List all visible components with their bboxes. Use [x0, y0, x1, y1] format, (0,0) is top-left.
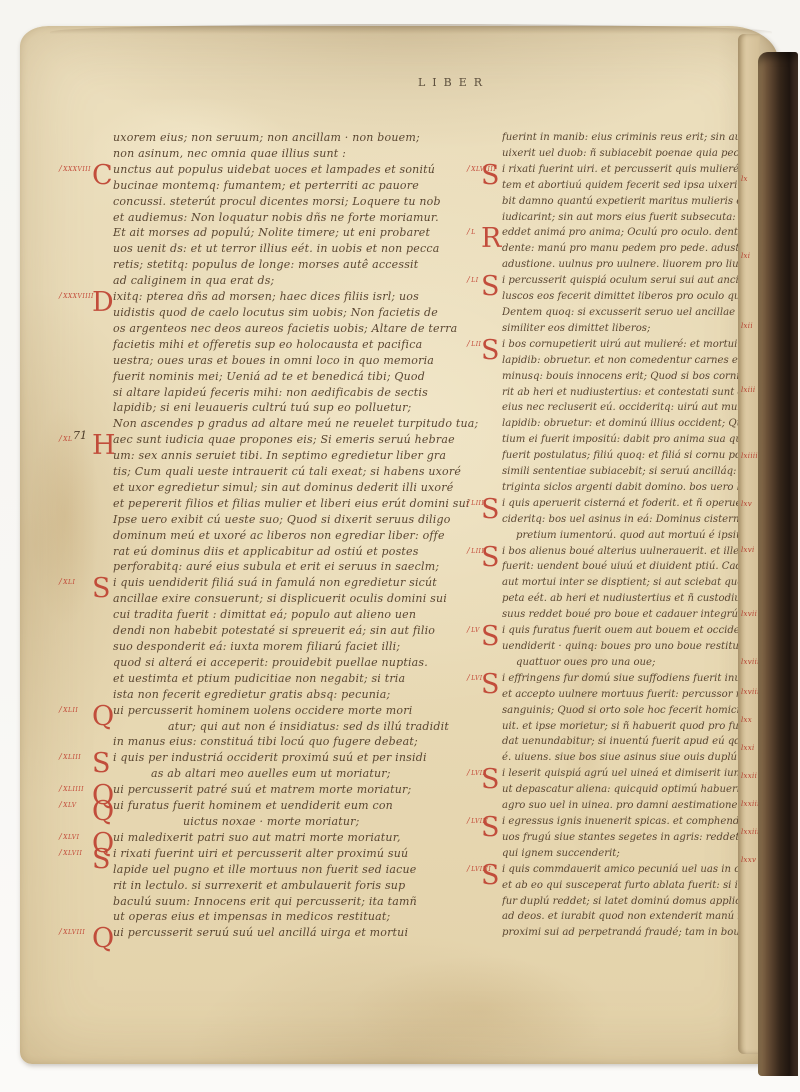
text-line: baculú suum: Innocens erit qui percusser…: [113, 894, 465, 910]
chapter-numeral: li: [467, 275, 479, 285]
text-line: concussi. steterút procul dicentes morsi…: [113, 194, 465, 210]
text-line: Ipse uero exibit cú ueste suo; Quod si d…: [113, 512, 465, 528]
text-line: dente: manú pro manu pedem pro pede. adu…: [502, 241, 778, 257]
text-line: uos uenit ds: et ut terror illius eét. i…: [113, 241, 465, 257]
text-line: eddet animá pro anima; Oculú pro oculo. …: [502, 225, 778, 241]
text-lines: i quis furatus fuerit ouem aut bouem et …: [502, 623, 778, 671]
text-line: dat uenundabitur; si inuentú fuerit apud…: [502, 734, 778, 750]
text-line: i egressus ignis inuenerit spicas. et co…: [502, 814, 778, 830]
edge-chapter-numeral: lxxi: [741, 744, 755, 752]
edge-chapter-numeral: lxiiii: [741, 452, 758, 460]
chapter-initial: S: [481, 336, 503, 366]
text-line: uendiderit · quinq: boues pro uno boue r…: [502, 639, 778, 655]
text-line: si altare lapideú feceris mihi: non aedi…: [113, 385, 465, 401]
edge-chapter-numeral: lxvi: [741, 546, 755, 554]
chapter-initial: S: [481, 272, 503, 302]
chapter-block: xl 71 H aec sunt iudicia quae propones e…: [113, 432, 465, 575]
text-lines: ui furatus fuerit hominem et uendiderit …: [113, 798, 465, 830]
edge-chapter-numeral: lxxiii: [741, 800, 760, 808]
chapter-initial: S: [481, 495, 503, 525]
text-line: retis; stetitq: populus de longe: morses…: [113, 257, 465, 273]
text-line: suo desponderit eá: iuxta morem filiarú …: [113, 639, 465, 655]
edge-chapter-numeral: lxxv: [741, 856, 756, 864]
chapter-block: xlvii S i rixati fuerint uiri et percuss…: [113, 846, 465, 926]
text-line: rat eú dominus diis et applicabitur ad o…: [113, 544, 465, 560]
text-line: rit ab heri et nudiustertius: et contest…: [502, 385, 778, 401]
chapter-initial: S: [481, 765, 503, 795]
chapter-block: lii S i bos cornupetierit uirú aut mulie…: [502, 337, 778, 496]
text-line: triginta siclos argenti dabit domino. bo…: [502, 480, 778, 496]
text-lines: aec sunt iudicia quae propones eis; Si e…: [113, 432, 465, 575]
text-line: tis; Cum quali ueste intrauerit cú tali …: [113, 464, 465, 480]
text-line: uestra; oues uras et boues in omni loco …: [113, 353, 465, 369]
text-lines: i bos cornupetierit uirú aut mulieré: et…: [502, 337, 778, 496]
text-line: uit. et ipse morietur; si ñ habuerit quo…: [502, 719, 778, 735]
chapter-numeral: xli: [59, 577, 75, 587]
text-line: adustione. uulnus pro uulnere. liuorem p…: [502, 257, 778, 273]
text-line: fuerint in manib: eius criminis reus eri…: [502, 130, 778, 146]
text-line: ut depascatur aliena: quicquid optimú ha…: [502, 782, 778, 798]
chapter-initial: Q: [92, 797, 114, 827]
text-line: ista non fecerit egredietur gratis absq:…: [113, 687, 465, 703]
chapter-initial: S: [92, 749, 114, 779]
text-line: bucinae montemq: fumantem; et perterriti…: [113, 178, 465, 194]
chapter-numeral: lv: [467, 625, 480, 635]
text-line: et accepto uulnere mortuus fuerit: percu…: [502, 687, 778, 703]
text-lines: ixitq: pterea dñs ad morsen; haec dices …: [113, 289, 465, 432]
chapter-block: uxorem eius; non seruum; non ancillam · …: [113, 130, 465, 162]
chapter-block: xlvi Q ui maledixerit patri suo aut matr…: [113, 830, 465, 846]
text-line: eius nec recluserit eú. occideritq: uirú…: [502, 400, 778, 416]
text-line: agro suo uel in uinea. pro damni aestima…: [502, 798, 778, 814]
text-lines: i effringens fur domú siue suffodiens fu…: [502, 671, 778, 766]
text-line: i quis uendiderit filiá suá in famulá no…: [113, 575, 465, 591]
manuscript-page: LIBER uxorem eius; non seruum; non ancil…: [20, 26, 778, 1064]
edge-chapter-numeral: lxx: [741, 716, 752, 724]
text-line: proximi sui ad perpetrandá fraudé; tam i…: [502, 925, 778, 941]
chapter-block: lv S 77 i quis furatus fuerit ouem aut b…: [502, 623, 778, 671]
text-lines: i quis commdauerit amico pecuniá uel uas…: [502, 862, 778, 942]
text-line: ui furatus fuerit hominem et uendiderit …: [113, 798, 465, 814]
text-line: i quis per industriá occiderit proximú s…: [113, 750, 465, 766]
text-line: fuerit: uendent boué uiuú et diuident pt…: [502, 559, 778, 575]
text-line: Dentem quoq: si excusserit seruo uel anc…: [502, 305, 778, 321]
text-line: uidistis quod de caelo locutus sim uobis…: [113, 305, 465, 321]
text-line: minusq: bouis innocens erit; Quod si bos…: [502, 369, 778, 385]
text-line: peta eét. ab heri et nudiustertius et ñ …: [502, 591, 778, 607]
text-lines: ui maledixerit patri suo aut matri morte…: [113, 830, 465, 846]
text-line: tium ei fuerit impositú: dabit pro anima…: [502, 432, 778, 448]
text-line: i leserit quispiá agrú uel uineá et dimi…: [502, 766, 778, 782]
running-title: LIBER: [418, 76, 489, 89]
text-line: et uxor egredietur simul; sin aut dominu…: [113, 480, 465, 496]
text-line: facietis mihi et offeretis sup eo holoca…: [113, 337, 465, 353]
chapter-block: liiii S i bos alienus boué alterius uuln…: [502, 544, 778, 624]
text-column-left: uxorem eius; non seruum; non ancillam · …: [113, 130, 465, 941]
chapter-numeral: xliiii: [59, 784, 84, 794]
chapter-block: lviiii S i quis commdauerit amico pecuni…: [502, 862, 778, 942]
text-line: ui maledixerit patri suo aut matri morte…: [113, 830, 465, 846]
chapter-block: lvi S i effringens fur domú siue suffodi…: [502, 671, 778, 766]
chapter-block: lviii S i egressus ignis inuenerit spica…: [502, 814, 778, 862]
next-folio-edge: lxlxilxiilxiiilxiiiilxvlxvilxviilxviiilx…: [738, 34, 760, 1054]
text-line: ui percusserit hominem uolens occidere m…: [113, 703, 465, 719]
edge-chapter-numeral: lxv: [741, 500, 752, 508]
text-line: i bos alienus boué alterius uulnerauerit…: [502, 544, 778, 560]
text-lines: i quis per industriá occiderit proximú s…: [113, 750, 465, 782]
chapter-numeral: l: [467, 227, 476, 237]
text-line: ixitq: pterea dñs ad morsen; haec dices …: [113, 289, 465, 305]
text-line: atur; qui aut non é insidiatus: sed ds i…: [168, 719, 465, 735]
chapter-numeral: xl: [59, 434, 72, 444]
chapter-numeral: lii: [467, 339, 481, 349]
text-line: as ab altari meo auelles eum ut moriatur…: [151, 766, 465, 782]
text-line: et pepererit filios et filias mulier et …: [113, 496, 465, 512]
chapter-initial: S: [92, 845, 114, 875]
text-lines: i percusserit quispiá oculum serui sui a…: [502, 273, 778, 337]
text-line: ui percusserit patré suú et matrem morte…: [113, 782, 465, 798]
chapter-initial: C: [92, 161, 114, 191]
text-line: é. uiuens. siue bos siue asinus siue oui…: [502, 750, 778, 766]
text-line: um: sex annis seruiet tibi. In septimo e…: [113, 448, 465, 464]
edge-chapter-numeral: lxxii: [741, 772, 757, 780]
text-line: bit damno quantú expetierit maritus muli…: [502, 194, 778, 210]
chapter-initial: S: [481, 161, 503, 191]
text-line: lapide uel pugno et ille mortuus non fue…: [113, 862, 465, 878]
chapter-numeral: xlviii: [59, 927, 85, 937]
text-line: iudicarint; sin aut mors eius fuerit sub…: [502, 210, 778, 226]
text-lines: i rixati fuerint uiri. et percusserit qu…: [502, 162, 778, 226]
edge-chapter-numeral: lx: [741, 175, 748, 183]
text-line: i percusserit quispiá oculum serui sui a…: [502, 273, 778, 289]
text-line: ui percusserit seruú suú uel ancillá uir…: [113, 925, 465, 941]
chapter-block: xxxviiii D ixitq: pterea dñs ad morsen; …: [113, 289, 465, 432]
edge-chapter-numeral: lxiii: [741, 386, 755, 394]
chapter-initial: D: [92, 288, 114, 318]
edge-chapter-numeral: lxii: [741, 322, 753, 330]
chapter-initial: Q: [92, 924, 114, 954]
chapter-numeral: xxxviiii: [59, 291, 94, 301]
text-line: suus reddet boué pro boue et cadauer int…: [502, 607, 778, 623]
chapter-block: xxxviii C unctus aut populus uidebat uoc…: [113, 162, 465, 289]
text-lines: i quis uendiderit filiá suá in famulá no…: [113, 575, 465, 702]
text-line: fur duplú reddet; si latet dominú domus …: [502, 894, 778, 910]
text-line: i bos cornupetierit uirú aut mulieré: et…: [502, 337, 778, 353]
text-line: i quis aperuerit cisterná et foderit. et…: [502, 496, 778, 512]
chapter-numeral: xlii: [59, 705, 78, 715]
text-lines: i leserit quispiá agrú uel uineá et dimi…: [502, 766, 778, 814]
text-line: in manus eius: constituá tibi locú quo f…: [113, 734, 465, 750]
text-line: fuerit nominis mei; Ueniá ad te et bened…: [113, 369, 465, 385]
text-lines: unctus aut populus uidebat uoces et lamp…: [113, 162, 465, 289]
parchment-stain: [350, 956, 610, 1066]
chapter-numeral: xlv: [59, 800, 77, 810]
text-lines: fuerint in manib: eius criminis reus eri…: [502, 130, 778, 162]
binding-shadow: [758, 52, 798, 1076]
text-line: et audiemus: Non loquatur nobis dñs ne f…: [113, 210, 465, 226]
chapter-initial: S: [92, 574, 114, 604]
chapter-block: xlii Q ui percusserit hominem uolens occ…: [113, 703, 465, 751]
text-line: luscos eos fecerit dimittet liberos pro …: [502, 289, 778, 305]
chapter-block: xli S i quis uendiderit filiá suá in fam…: [113, 575, 465, 702]
chapter-block: xlviiii S i rixati fuerint uiri. et perc…: [502, 162, 778, 226]
text-line: fuerit postulatus; filiú quoq: et filiá …: [502, 448, 778, 464]
chapter-initial: S: [481, 813, 503, 843]
text-line: cideritq: bos uel asinus in eá: Dominus …: [502, 512, 778, 528]
text-line: dominum meú et uxoré ac liberos non egre…: [113, 528, 465, 544]
chapter-block: xlviii Q ui percusserit seruú suú uel an…: [113, 925, 465, 941]
text-line: uixerit uel duob: ñ subiacebit poenae qu…: [502, 146, 778, 162]
text-line: unctus aut populus uidebat uoces et lamp…: [113, 162, 465, 178]
text-line: ad deos. et iurabit quod non extenderit …: [502, 909, 778, 925]
text-lines: i quis aperuerit cisterná et foderit. et…: [502, 496, 778, 544]
text-lines: ui percusserit patré suú et matrem morte…: [113, 782, 465, 798]
text-line: i effringens fur domú siue suffodiens fu…: [502, 671, 778, 687]
text-lines: i egressus ignis inuenerit spicas. et co…: [502, 814, 778, 862]
text-line: Non ascendes p gradus ad altare meú ne r…: [113, 416, 465, 432]
text-line: i quis furatus fuerit ouem aut bouem et …: [502, 623, 778, 639]
text-lines: i bos alienus boué alterius uulnerauerit…: [502, 544, 778, 624]
text-line: sanguinis; Quod si orto sole hoc fecerit…: [502, 703, 778, 719]
text-line: non asinum, nec omnia quae illius sunt :: [113, 146, 465, 162]
quire-mark: 71: [73, 429, 87, 442]
chapter-block: xliii S i quis per industriá occiderit p…: [113, 750, 465, 782]
chapter-initial: S: [481, 543, 503, 573]
text-line: Et ait morses ad populú; Nolite timere; …: [113, 225, 465, 241]
text-line: lapidib: obruetur. et non comedentur car…: [502, 353, 778, 369]
text-line: i rixati fuerint uiri. et percusserit qu…: [502, 162, 778, 178]
text-line: et uestimta et ptium pudicitiae non nega…: [113, 671, 465, 687]
text-line: similiter eos dimittet liberos;: [502, 321, 778, 337]
text-line: quod si alterá ei acceperit: prouidebit …: [113, 655, 465, 671]
edge-chapter-numeral: lxvii: [741, 610, 757, 618]
chapter-block: liii S i quis aperuerit cisterná et fode…: [502, 496, 778, 544]
chapter-numeral: xliii: [59, 752, 81, 762]
chapter-initial: H: [92, 431, 114, 461]
text-line: lapidib; si eni leuaueris cultrú tuú sup…: [113, 400, 465, 416]
text-line: perforabitq: auré eius subula et erit ei…: [113, 559, 465, 575]
edge-chapter-numeral: lxi: [741, 252, 750, 260]
text-line: rit in lectulo. si surrexerit et ambulau…: [113, 878, 465, 894]
chapter-block: xlv Q ui furatus fuerit hominem et uendi…: [113, 798, 465, 830]
text-lines: ui percusserit seruú suú uel ancillá uir…: [113, 925, 465, 941]
chapter-numeral: xxxviii: [59, 164, 91, 174]
chapter-numeral: xlvi: [59, 832, 79, 842]
chapter-initial: S: [481, 670, 503, 700]
text-lines: eddet animá pro anima; Oculú pro oculo. …: [502, 225, 778, 273]
chapter-block: xliiii Q ui percusserit patré suú et mat…: [113, 782, 465, 798]
text-line: et ab eo qui susceperat furto ablata fue…: [502, 878, 778, 894]
text-line: qui ignem succenderit;: [502, 846, 778, 862]
chapter-block: fuerint in manib: eius criminis reus eri…: [502, 130, 778, 162]
chapter-initial: Q: [92, 702, 114, 732]
chapter-block: lvii S i leserit quispiá agrú uel uineá …: [502, 766, 778, 814]
text-line: ut operas eius et impensas in medicos re…: [113, 909, 465, 925]
text-line: uictus noxae · morte moriatur;: [183, 814, 465, 830]
text-line: simili sententiae subiacebit; si seruú a…: [502, 464, 778, 480]
text-line: cui tradita fuerit : dimittat eá; populo…: [113, 607, 465, 623]
edge-chapter-numeral: lxviii: [741, 658, 760, 666]
text-line: i rixati fuerint uiri et percusserit alt…: [113, 846, 465, 862]
text-line: ancillae exire consuerunt; si displicuer…: [113, 591, 465, 607]
text-line: i quis commdauerit amico pecuniá uel uas…: [502, 862, 778, 878]
text-column-right: fuerint in manib: eius criminis reus eri…: [502, 130, 778, 941]
text-lines: uxorem eius; non seruum; non ancillam · …: [113, 130, 465, 162]
chapter-block: li S i percusserit quispiá oculum serui …: [502, 273, 778, 337]
chapter-initial: S: [481, 861, 503, 891]
chapter-initial: S: [481, 622, 503, 652]
text-line: aut mortui inter se disptient; si aut sc…: [502, 575, 778, 591]
text-line: uos frugú siue stantes segetes in agris:…: [502, 830, 778, 846]
text-lines: i rixati fuerint uiri et percusserit alt…: [113, 846, 465, 926]
text-line: tem et abortiuú quidem fecerit sed ipsa …: [502, 178, 778, 194]
text-line: uxorem eius; non seruum; non ancillam · …: [113, 130, 465, 146]
chapter-block: l R eddet animá pro anima; Oculú pro ocu…: [502, 225, 778, 273]
text-line: ad caliginem in qua erat ds;: [113, 273, 465, 289]
chapter-initial: R: [481, 224, 503, 254]
chapter-numeral: xlvii: [59, 848, 82, 858]
text-line: lapidib: obruetur: et dominú illius occi…: [502, 416, 778, 432]
text-line: aec sunt iudicia quae propones eis; Si e…: [113, 432, 465, 448]
text-line: dendi non habebit potestaté si spreuerit…: [113, 623, 465, 639]
text-line: os argenteos nec deos aureos facietis uo…: [113, 321, 465, 337]
text-lines: ui percusserit hominem uolens occidere m…: [113, 703, 465, 751]
